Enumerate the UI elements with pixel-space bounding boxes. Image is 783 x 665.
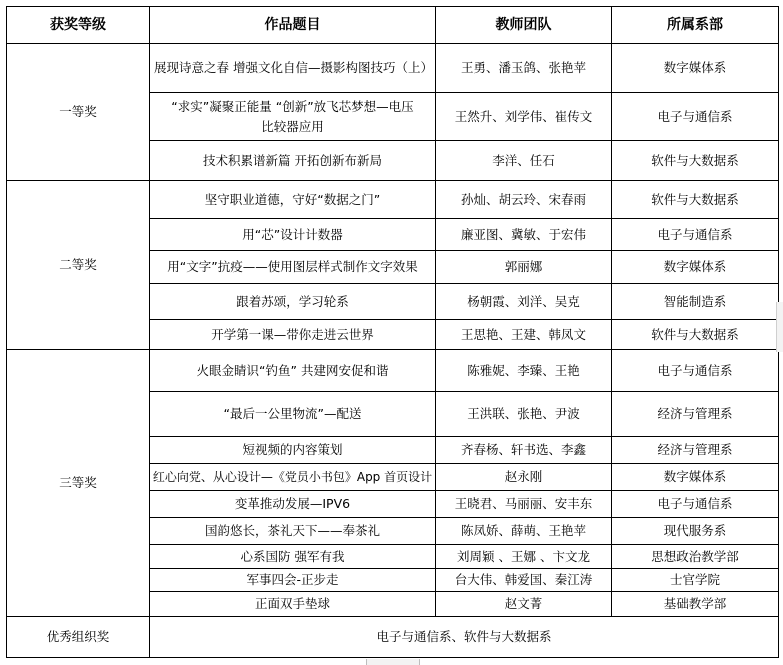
teacher-team: 王洪联、张艳、尹波 — [436, 392, 612, 437]
teacher-team: 台大伟、韩爱国、秦江涛 — [436, 569, 612, 592]
department: 软件与大数据系 — [612, 320, 779, 350]
department: 经济与管理系 — [612, 437, 779, 464]
work-title: 红心向党、从心设计—《党员小书包》App 首页设计 — [150, 464, 436, 491]
teacher-team: 王晓君、马丽丽、安丰东 — [436, 491, 612, 518]
work-title: 变革推动发展—IPV6 — [150, 491, 436, 518]
department: 智能制造系 — [612, 284, 779, 320]
teacher-team: 王思艳、王建、韩凤文 — [436, 320, 612, 350]
work-title: 用“文字”抗疫——使用图层样式制作文字效果 — [150, 251, 436, 284]
teacher-team: 王然升、刘学伟、崔传文 — [436, 93, 612, 141]
work-title: 跟着苏颂，学习轮系 — [150, 284, 436, 320]
header-teacher-team: 教师团队 — [436, 7, 612, 44]
department: 现代服务系 — [612, 518, 779, 545]
work-title: 心系国防 强军有我 — [150, 545, 436, 569]
department: 电子与通信系 — [612, 219, 779, 251]
department: 思想政治教学部 — [612, 545, 779, 569]
work-title: 短视频的内容策划 — [150, 437, 436, 464]
department: 软件与大数据系 — [612, 141, 779, 181]
department: 电子与通信系 — [612, 491, 779, 518]
teacher-team: 郭丽娜 — [436, 251, 612, 284]
teacher-team: 齐春杨、轩书选、李鑫 — [436, 437, 612, 464]
work-title: 坚守职业道德，守好“数据之门” — [150, 181, 436, 219]
teacher-team: 赵文菁 — [436, 592, 612, 617]
work-title: 开学第一课—带你走进云世界 — [150, 320, 436, 350]
teacher-team: 刘周颖 、王娜 、卞文龙 — [436, 545, 612, 569]
header-row: 获奖等级 作品题目 教师团队 所属系部 — [7, 7, 779, 44]
scrollbar-thumb[interactable] — [776, 302, 783, 352]
award-level-first: 一等奖 — [7, 44, 150, 181]
department: 电子与通信系 — [612, 93, 779, 141]
teacher-team: 王勇、潘玉鸽、张艳苹 — [436, 44, 612, 93]
header-department: 所属系部 — [612, 7, 779, 44]
work-title: 军事四会-正步走 — [150, 569, 436, 592]
organization-award-label: 优秀组织奖 — [7, 617, 150, 658]
work-title: “求实”凝聚正能量 “创新”放飞芯梦想—电压比较器应用 — [150, 93, 436, 141]
teacher-team: 廉亚图、冀敏、于宏伟 — [436, 219, 612, 251]
department: 基础教学部 — [612, 592, 779, 617]
department: 电子与通信系 — [612, 350, 779, 392]
department: 经济与管理系 — [612, 392, 779, 437]
department: 数字媒体系 — [612, 44, 779, 93]
department: 数字媒体系 — [612, 251, 779, 284]
work-title: 火眼金睛识“钓鱼” 共建网安促和谐 — [150, 350, 436, 392]
work-title: 正面双手垫球 — [150, 592, 436, 617]
teacher-team: 李洋、任石 — [436, 141, 612, 181]
work-title: 用“芯”设计计数器 — [150, 219, 436, 251]
teacher-team: 陈凤娇、薛萌、王艳苹 — [436, 518, 612, 545]
table-row: 二等奖 坚守职业道德，守好“数据之门” 孙灿、胡云玲、宋春雨 软件与大数据系 — [7, 181, 779, 219]
work-title: 展现诗意之春 增强文化自信—摄影构图技巧（上） — [150, 44, 436, 93]
department: 数字媒体系 — [612, 464, 779, 491]
department: 软件与大数据系 — [612, 181, 779, 219]
teacher-team: 孙灿、胡云玲、宋春雨 — [436, 181, 612, 219]
awards-table: 获奖等级 作品题目 教师团队 所属系部 一等奖 展现诗意之春 增强文化自信—摄影… — [6, 6, 779, 658]
table-row: 三等奖 火眼金睛识“钓鱼” 共建网安促和谐 陈雅妮、李臻、王艳 电子与通信系 — [7, 350, 779, 392]
organization-award-value: 电子与通信系、软件与大数据系 — [150, 617, 779, 658]
table-row: 一等奖 展现诗意之春 增强文化自信—摄影构图技巧（上） 王勇、潘玉鸽、张艳苹 数… — [7, 44, 779, 93]
award-level-second: 二等奖 — [7, 181, 150, 350]
teacher-team: 杨朝霞、刘洋、吴克 — [436, 284, 612, 320]
work-title: “最后一公里物流”—配送 — [150, 392, 436, 437]
teacher-team: 赵永刚 — [436, 464, 612, 491]
horizontal-scroll-handle[interactable] — [366, 659, 420, 665]
header-award-level: 获奖等级 — [7, 7, 150, 44]
teacher-team: 陈雅妮、李臻、王艳 — [436, 350, 612, 392]
department: 士官学院 — [612, 569, 779, 592]
work-title: 国韵悠长，茶礼天下——奉茶礼 — [150, 518, 436, 545]
award-level-third: 三等奖 — [7, 350, 150, 617]
work-title: 技术积累谱新篇 开拓创新布新局 — [150, 141, 436, 181]
header-work-title: 作品题目 — [150, 7, 436, 44]
organization-award-row: 优秀组织奖 电子与通信系、软件与大数据系 — [7, 617, 779, 658]
